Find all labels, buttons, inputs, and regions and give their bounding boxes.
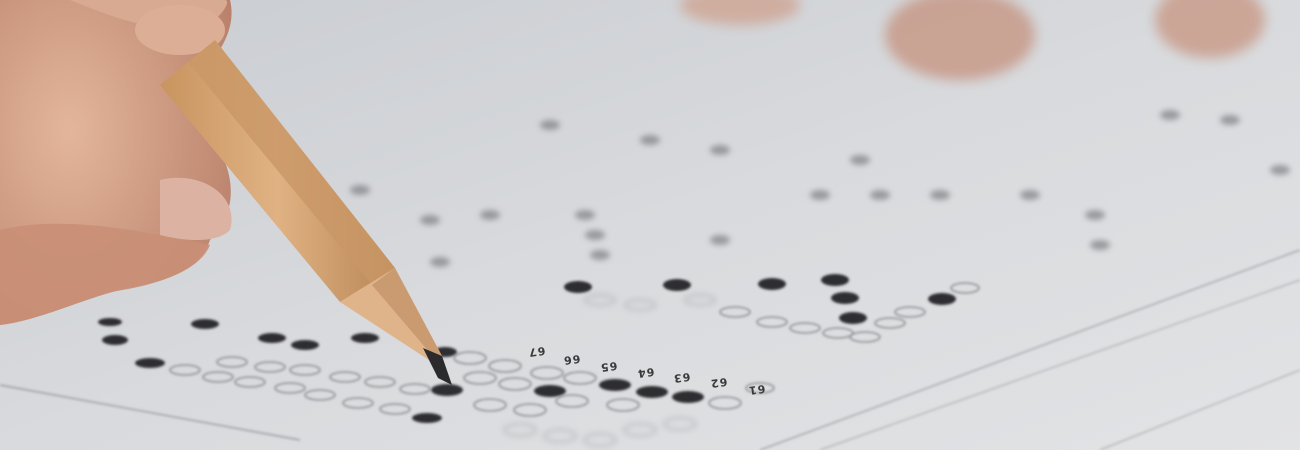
question-number: 62 (709, 375, 728, 390)
question-number: 66 (562, 352, 581, 367)
answer-sheet-photo: 67 66 65 64 63 62 61 (0, 0, 1300, 450)
question-number: 67 (527, 344, 546, 359)
question-number: 61 (747, 382, 766, 397)
photo-scene (0, 0, 1300, 450)
question-number: 64 (636, 365, 655, 380)
question-number: 63 (672, 370, 691, 385)
question-number: 65 (599, 359, 618, 374)
